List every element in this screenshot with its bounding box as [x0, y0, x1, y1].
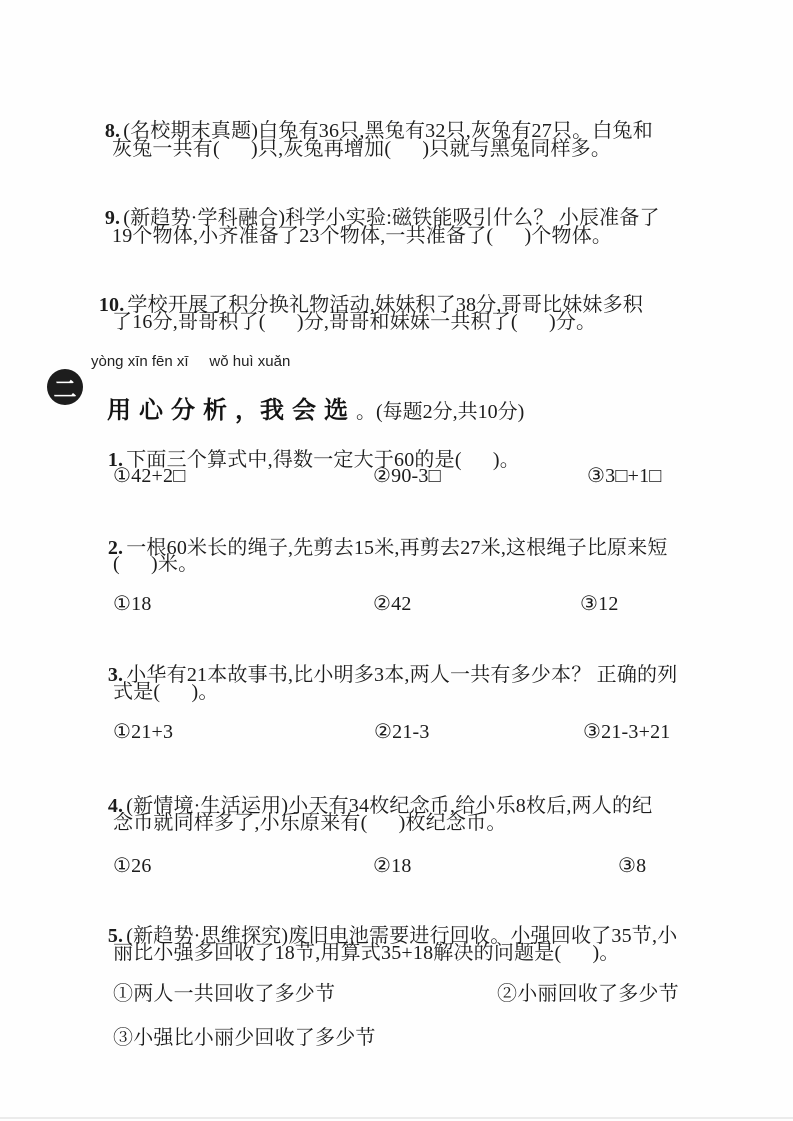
section-two-badge-label: 二 — [54, 371, 77, 404]
mc-question-2-text: 一根60米长的绳子,先剪去15米,再剪去27米,这根绳子比原来短 — [126, 537, 667, 559]
mc-question-1-option-2: ②90-3□ — [373, 463, 441, 489]
mc-question-3-option-1: ①21+3 — [113, 719, 173, 745]
section-two-pinyin: yòng xīn fēn xī wǒ huì xuǎn — [91, 353, 290, 371]
mc-question-1-option-3: ③3□+1□ — [587, 463, 662, 489]
section-two-score-note: 。(每题2分,共10分) — [356, 401, 524, 423]
mc-question-4-option-2: ②18 — [373, 853, 412, 879]
question-9-line-2: 19个物体,小齐准备了23个物体,一共准备了( )个物体。 — [112, 223, 612, 249]
page-bottom-edge — [0, 1117, 793, 1119]
mc-question-2-option-3: ③12 — [580, 591, 619, 617]
mc-question-1-option-1: ①42+2□ — [113, 463, 186, 489]
mc-question-2-line-2: ( )米。 — [113, 551, 198, 577]
mc-question-2-option-1: ①18 — [113, 591, 152, 617]
mc-question-4-line-2: 念币就同样多了,小乐原来有( )枚纪念币。 — [113, 810, 507, 836]
question-10-line-2: 了16分,哥哥积了( )分,哥哥和妹妹一共积了( )分。 — [112, 309, 596, 335]
mc-question-5-option-1: ①两人一共回收了多少节 — [113, 981, 335, 1007]
section-two-badge: 二 — [47, 369, 83, 405]
mc-question-5-option-2: ②小丽回收了多少节 — [497, 981, 679, 1007]
worksheet-page: 8.(名校期末真题)白兔有36只,黑兔有32只,灰兔有27只。白兔和 灰兔一共有… — [0, 0, 793, 1121]
mc-question-3-line-2: 式是( )。 — [113, 679, 219, 705]
mc-question-4-option-3: ③8 — [618, 853, 646, 879]
mc-question-4-option-1: ①26 — [113, 853, 152, 879]
mc-question-2-option-2: ②42 — [373, 591, 412, 617]
mc-question-3-option-2: ②21-3 — [374, 719, 430, 745]
mc-question-3-option-3: ③21-3+21 — [583, 719, 670, 745]
mc-question-5-line-2: 丽比小强多回收了18节,用算式35+18解决的问题是( )。 — [113, 940, 620, 966]
question-8-line-2: 灰兔一共有( )只,灰兔再增加( )只就与黑兔同样多。 — [112, 136, 611, 162]
mc-question-5-option-3: ③小强比小丽少回收了多少节 — [113, 1025, 376, 1051]
